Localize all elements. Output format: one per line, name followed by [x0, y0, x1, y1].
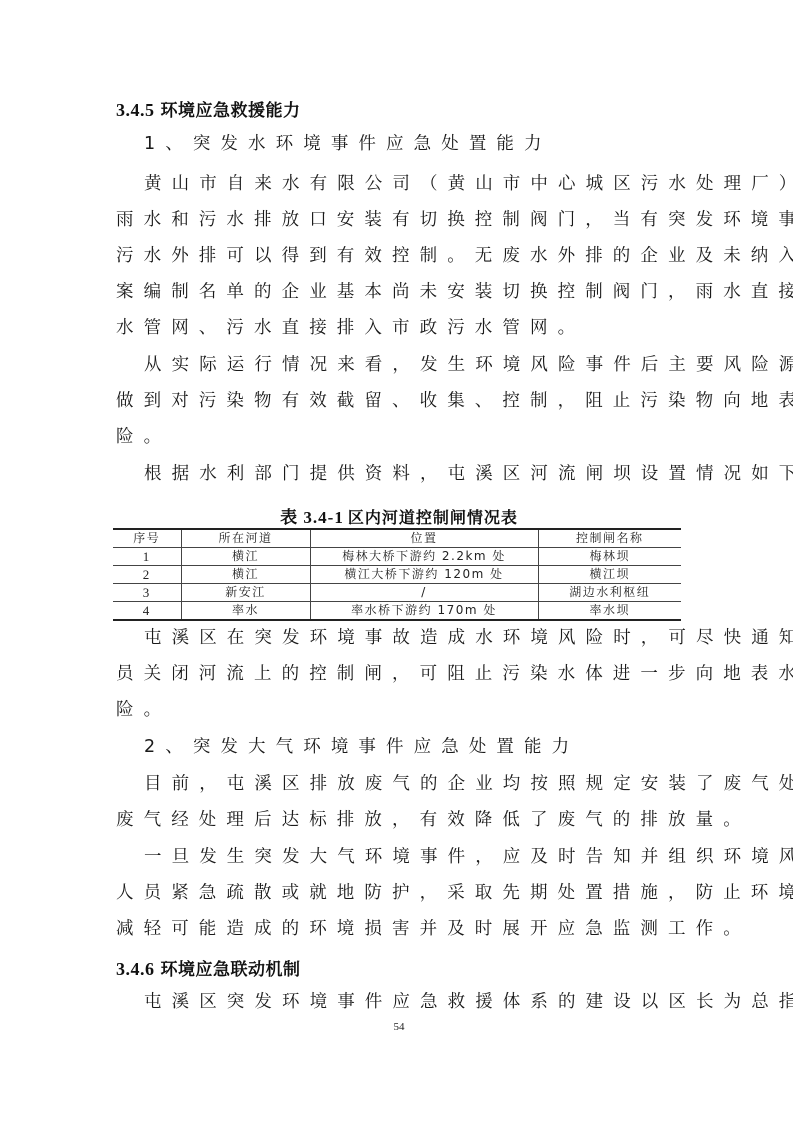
column-header-gate-name: 控制闸名称 — [538, 529, 681, 548]
section-heading-3-4-6: 3.4.6环境应急联动机制 — [116, 955, 301, 980]
paragraph-line: 险。 — [116, 419, 171, 455]
paragraph-line: 案编制名单的企业基本尚未安装切换控制阀门，雨水直接排入市政雨 — [116, 274, 793, 310]
section-number: 3.4.6 — [116, 959, 155, 979]
paragraph-line: 从实际运行情况来看，发生环境风险事件后主要风险源企业可以 — [144, 347, 793, 383]
column-header-location: 位置 — [310, 529, 538, 548]
cell-index: 1 — [113, 548, 181, 566]
section-heading-3-4-5: 3.4.5环境应急救援能力 — [116, 96, 301, 121]
paragraph-line: 人员紧急疏散或就地防护，采取先期处置措施，防止环境污染发生或 — [116, 875, 793, 911]
cell-location: / — [310, 584, 538, 602]
paragraph-emergency-system: 屯溪区突发环境事件应急救援体系的建设以区长为总指挥、分管 — [144, 984, 793, 1020]
paragraph-line: 减轻可能造成的环境损害并及时展开应急监测工作。 — [116, 911, 751, 947]
table-row: 1 横江 梅林大桥下游约 2.2km 处 梅林坝 — [113, 548, 681, 566]
cell-river: 率水 — [181, 602, 310, 621]
column-header-index: 序号 — [113, 529, 181, 548]
subheading-water-emergency: 1、突发水环境事件应急处置能力 — [144, 126, 552, 162]
cell-gate-name: 率水坝 — [538, 602, 681, 621]
cell-gate-name: 梅林坝 — [538, 548, 681, 566]
table-caption: 表 3.4-1区内河道控制闸情况表 — [116, 503, 682, 528]
paragraph-table-intro: 根据水利部门提供资料，屯溪区河流闸坝设置情况如下： — [144, 456, 793, 492]
section-number: 3.4.5 — [116, 100, 155, 120]
cell-index: 4 — [113, 602, 181, 621]
table-caption-title: 区内河道控制闸情况表 — [348, 508, 518, 527]
table-header-row: 序号 所在河道 位置 控制闸名称 — [113, 529, 681, 548]
paragraph-line: 废气经处理后达标排放，有效降低了废气的排放量。 — [116, 802, 751, 838]
cell-index: 3 — [113, 584, 181, 602]
page-number: 54 — [116, 1021, 682, 1033]
table-row: 4 率水 率水桥下游约 170m 处 率水坝 — [113, 602, 681, 621]
river-control-gates-table: 序号 所在河道 位置 控制闸名称 1 横江 梅林大桥下游约 2.2km 处 梅林… — [113, 528, 681, 621]
cell-location: 率水桥下游约 170m 处 — [310, 602, 538, 621]
subheading-air-emergency: 2、突发大气环境事件应急处置能力 — [144, 729, 579, 765]
paragraph-line: 员关闭河流上的控制闸，可阻止污染水体进一步向地表水扩散的风 — [116, 656, 793, 692]
cell-river: 横江 — [181, 548, 310, 566]
paragraph-line: 险。 — [116, 692, 171, 728]
paragraph-line: 一旦发生突发大气环境事件，应及时告知并组织环境风险源周边 — [144, 839, 793, 875]
table-row: 3 新安江 / 湖边水利枢纽 — [113, 584, 681, 602]
paragraph-line: 屯溪区在突发环境事故造成水环境风险时，可尽快通知水利站人 — [144, 620, 793, 656]
section-title: 环境应急联动机制 — [161, 960, 301, 980]
paragraph-line: 目前，屯溪区排放废气的企业均按照规定安装了废气处置设施， — [144, 766, 793, 802]
paragraph-line: 雨水和污水排放口安装有切换控制阀门，当有突发环境事件时，雨水 — [116, 202, 793, 238]
paragraph-line: 做到对污染物有效截留、收集、控制，阻止污染物向地表水扩散的风 — [116, 383, 793, 419]
cell-location: 梅林大桥下游约 2.2km 处 — [310, 548, 538, 566]
section-title: 环境应急救援能力 — [161, 101, 301, 121]
cell-river: 横江 — [181, 566, 310, 584]
column-header-river: 所在河道 — [181, 529, 310, 548]
cell-river: 新安江 — [181, 584, 310, 602]
cell-gate-name: 湖边水利枢纽 — [538, 584, 681, 602]
paragraph-line: 污水外排可以得到有效控制。无废水外排的企业及未纳入环境应急预 — [116, 238, 793, 274]
table-row: 2 横江 横江大桥下游约 120m 处 横江坝 — [113, 566, 681, 584]
cell-gate-name: 横江坝 — [538, 566, 681, 584]
cell-location: 横江大桥下游约 120m 处 — [310, 566, 538, 584]
paragraph-line: 黄山市自来水有限公司（黄山市中心城区污水处理厂）等企业在 — [144, 166, 793, 202]
paragraph-line: 水管网、污水直接排入市政污水管网。 — [116, 310, 585, 346]
cell-index: 2 — [113, 566, 181, 584]
table-caption-number: 表 3.4-1 — [280, 508, 344, 527]
